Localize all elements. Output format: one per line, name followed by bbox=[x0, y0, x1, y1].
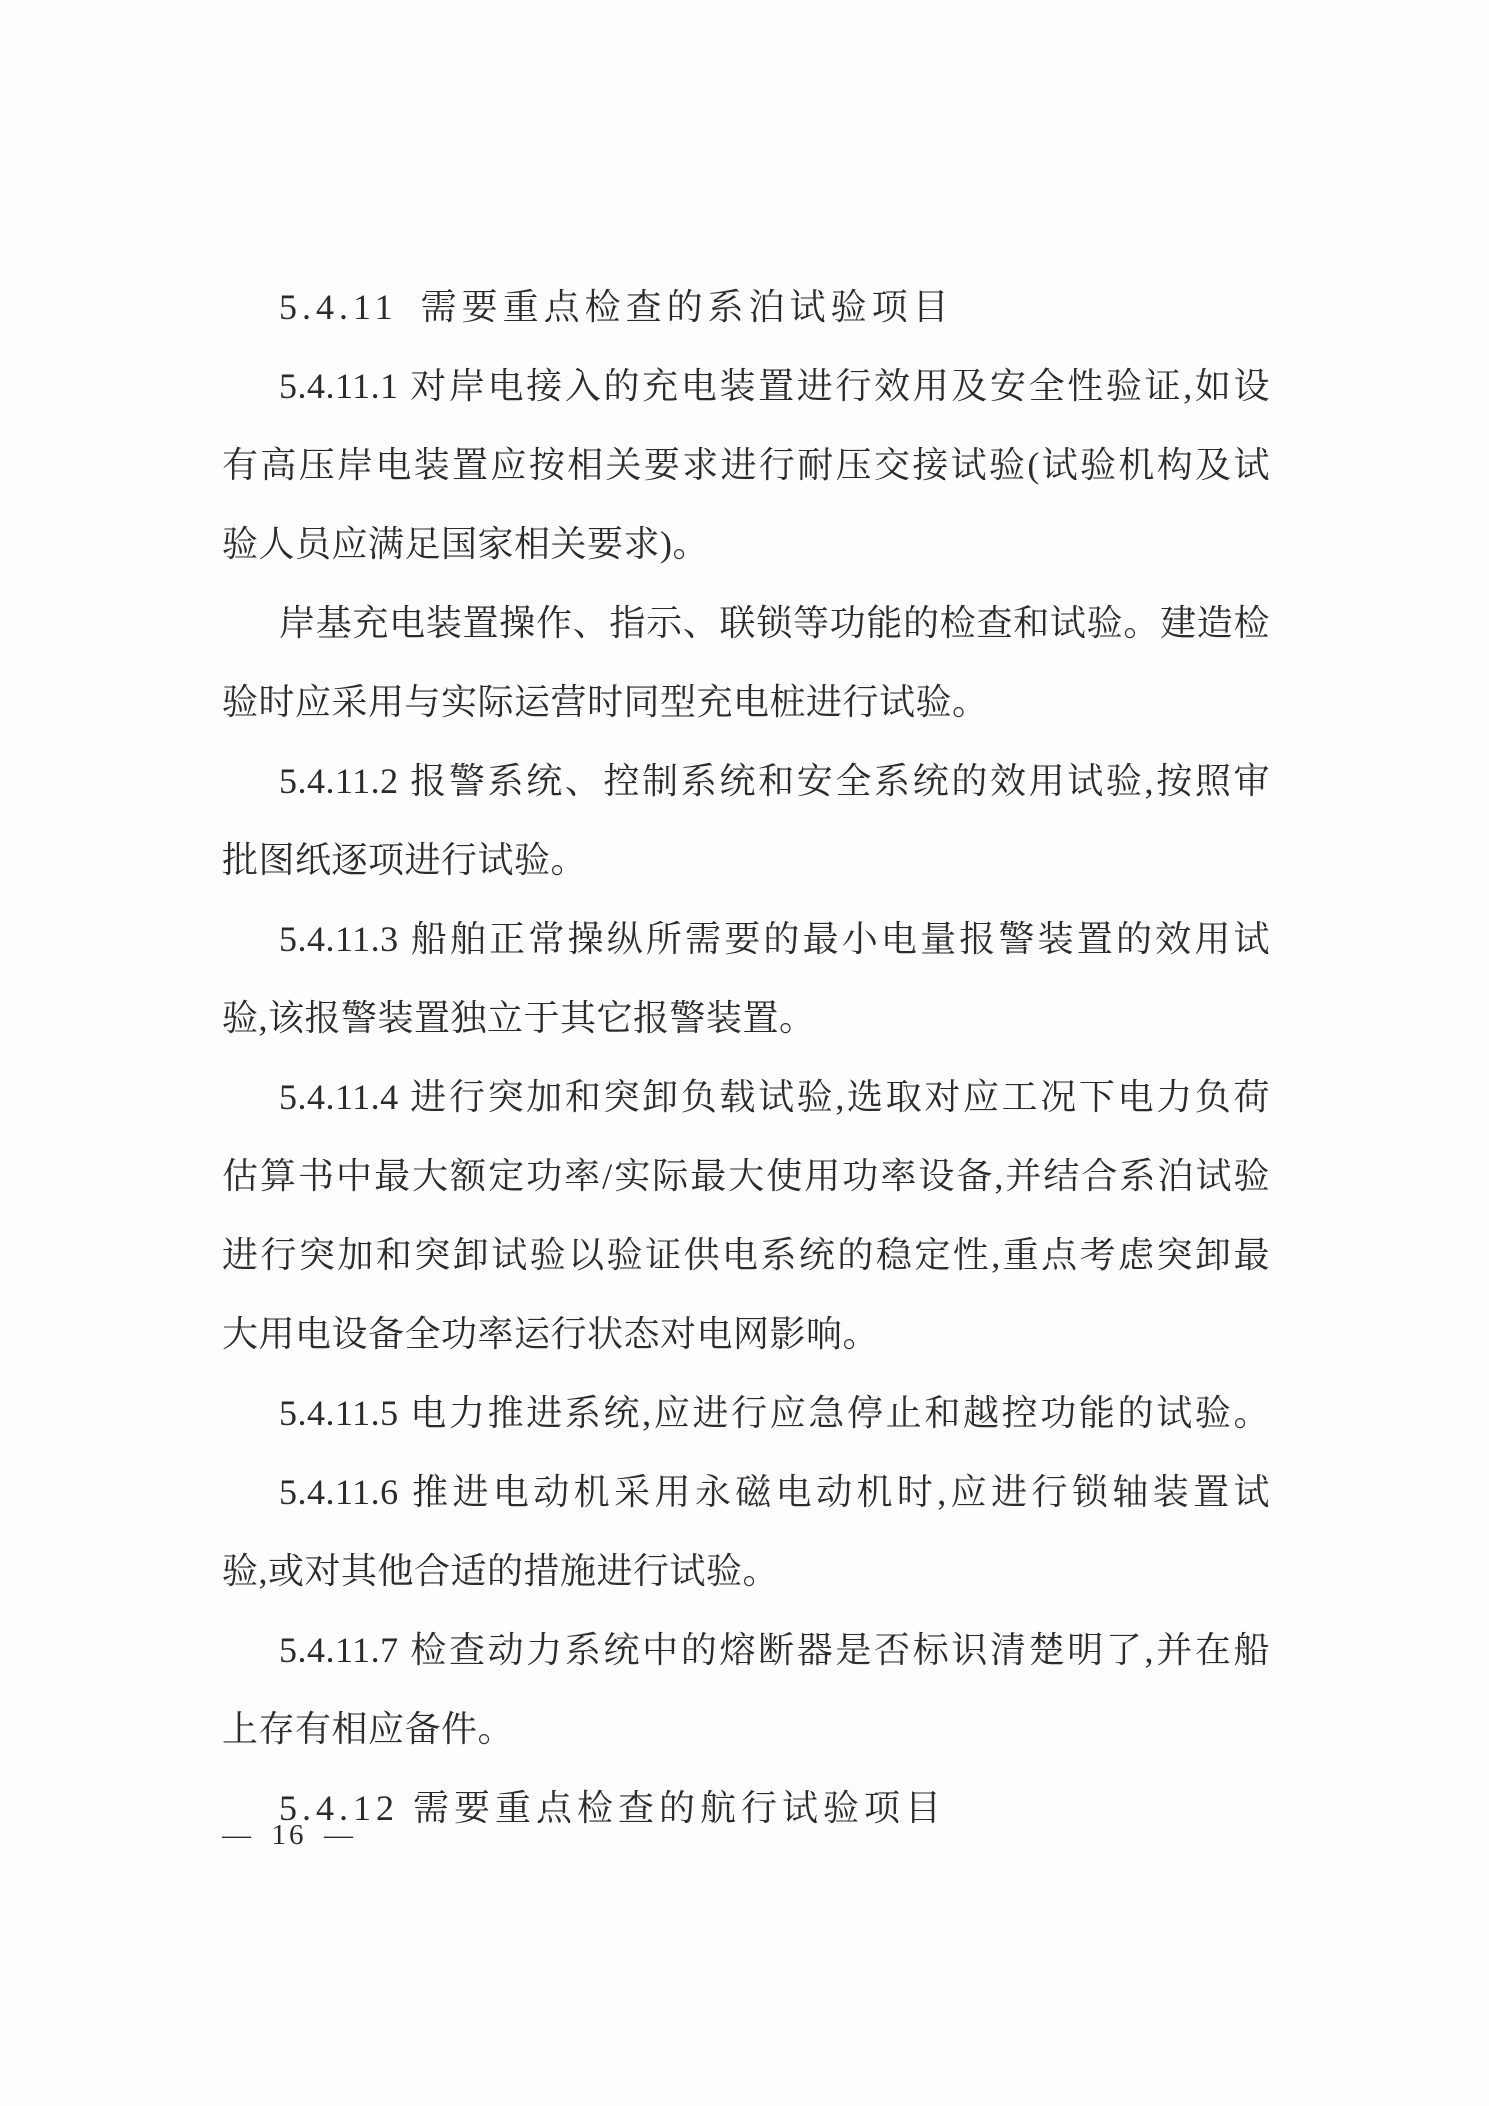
document-page: 5.4.11 需要重点检查的系泊试验项目 5.4.11.1 对岸电接入的充电装置… bbox=[0, 0, 1489, 2106]
text-line: 5.4.11.7 检查动力系统中的熔断器是否标识清楚明了,并在船 bbox=[222, 1611, 1270, 1690]
section-heading-5-4-11: 5.4.11 需要重点检查的系泊试验项目 bbox=[222, 268, 1270, 347]
text-line: 验,或对其他合适的措施进行试验。 bbox=[222, 1532, 1270, 1611]
text-line: 验,该报警装置独立于其它报警装置。 bbox=[222, 979, 1270, 1058]
text-line: 5.4.11.3 船舶正常操纵所需要的最小电量报警装置的效用试 bbox=[222, 900, 1270, 979]
text-line: 进行突加和突卸试验以验证供电系统的稳定性,重点考虑突卸最 bbox=[222, 1216, 1270, 1295]
text-line: 上存有相应备件。 bbox=[222, 1690, 1270, 1769]
text-line: 有高压岸电装置应按相关要求进行耐压交接试验(试验机构及试 bbox=[222, 426, 1270, 505]
text-line: 岸基充电装置操作、指示、联锁等功能的检查和试验。建造检 bbox=[222, 584, 1270, 663]
text-line: 验人员应满足国家相关要求)。 bbox=[222, 505, 1270, 584]
text-line: 5.4.11.1 对岸电接入的充电装置进行效用及安全性验证,如设 bbox=[222, 347, 1270, 426]
text-line: 估算书中最大额定功率/实际最大使用功率设备,并结合系泊试验 bbox=[222, 1137, 1270, 1216]
text-line: 验时应采用与实际运营时同型充电桩进行试验。 bbox=[222, 663, 1270, 742]
text-line: 5.4.11.5 电力推进系统,应进行应急停止和越控功能的试验。 bbox=[222, 1374, 1270, 1453]
text-line: 5.4.11.4 进行突加和突卸负载试验,选取对应工况下电力负荷 bbox=[222, 1058, 1270, 1137]
text-line: 5.4.11.6 推进电动机采用永磁电动机时,应进行锁轴装置试 bbox=[222, 1453, 1270, 1532]
section-heading-5-4-12: 5.4.12 需要重点检查的航行试验项目 bbox=[222, 1769, 1270, 1848]
page-number-footer: — 16 — bbox=[222, 1818, 356, 1852]
text-line: 5.4.11.2 报警系统、控制系统和安全系统的效用试验,按照审 bbox=[222, 742, 1270, 821]
text-line: 大用电设备全功率运行状态对电网影响。 bbox=[222, 1295, 1270, 1374]
page-body-text: 5.4.11 需要重点检查的系泊试验项目 5.4.11.1 对岸电接入的充电装置… bbox=[0, 0, 1489, 1848]
text-line: 批图纸逐项进行试验。 bbox=[222, 821, 1270, 900]
